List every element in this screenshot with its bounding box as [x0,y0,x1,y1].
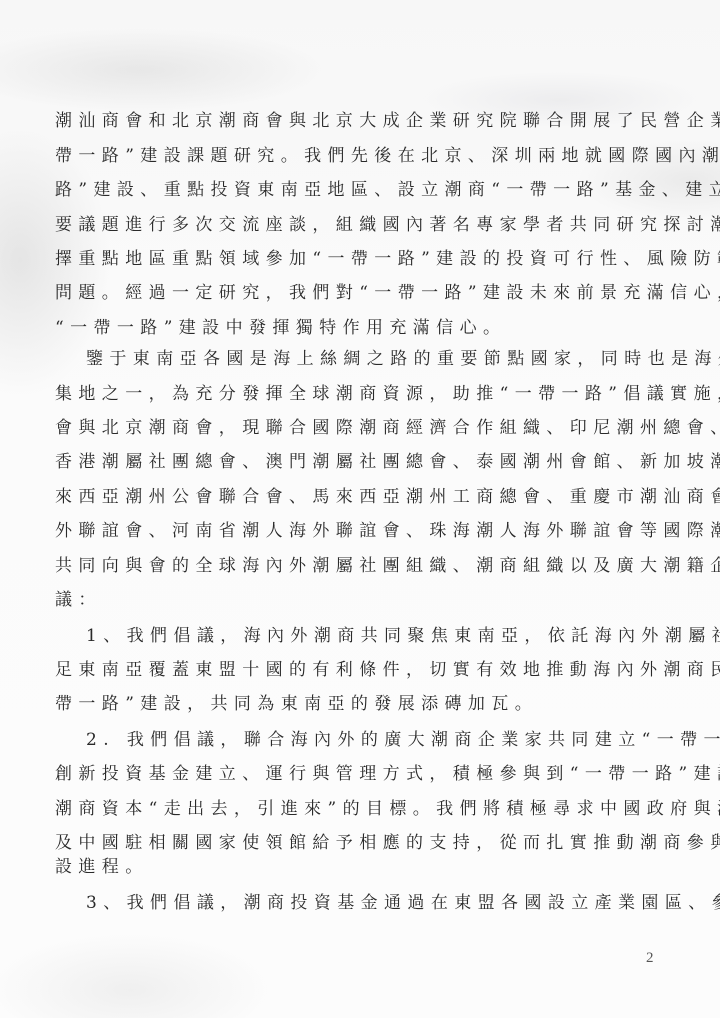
text-line: 要議題進行多次交流座談，組織國內著名專家學者共同研究探討潮商抱團聯合、選 [55,214,670,236]
text-line: 來西亞潮州公會聯合會、馬來西亞潮州工商總會、重慶市潮汕商會、湖北省潮人海 [55,486,670,508]
text-line: 及中國駐相關國家使領館給予相應的支持，從而扎實推動潮商參與“一帶一路”建 [55,832,670,854]
text-line: 設進程。 [55,856,670,878]
text-line: 2. 我們倡議，聯合海內外的廣大潮商企業家共同建立“一帶一路”投資基金， [86,729,670,751]
text-line: 議： [55,589,670,611]
document-page: 潮汕商會和北京潮商會與北京大成企業研究院聯合開展了民營企業有效參與“一 帶一路”… [0,0,720,1018]
text-line: “一帶一路”建設中發揮獨特作用充滿信心。 [55,317,670,339]
text-line: 路”建設、重點投資東南亞地區、設立潮商“一帶一路”基金、建立產業園區等重 [55,179,670,201]
text-line: 香港潮屬社團總會、澳門潮屬社團總會、泰國潮州會館、新加坡潮州八邑會館、馬 [55,451,670,473]
text-line: 3、我們倡議，潮商投資基金通過在東盟各國設立產業園區、參與重大專案建 [86,892,670,914]
text-line: 1、我們倡議，海內外潮商共同聚焦東南亞，依託海內外潮屬社團已形成的立 [86,625,670,647]
page-number: 2 [646,950,654,967]
text-line: 帶一路”建設，共同為東南亞的發展添磚加瓦。 [55,693,670,715]
text-line: 外聯誼會、河南省潮人海外聯誼會、珠海潮人海外聯誼會等國際潮團總會成員單位， [55,520,670,542]
text-line: 擇重點地區重點領域參加“一帶一路”建設的投資可行性、風險防範和政策建議等 [55,248,670,270]
text-line: 鑒于東南亞各國是海上絲綢之路的重要節點國家，同時也是海外潮人的主要聚 [86,348,670,370]
text-line: 集地之一，為充分發揮全球潮商資源，助推“一帶一路”倡議實施，深圳市潮汕商 [55,383,670,405]
text-line: 創新投資基金建立、運行與管理方式，積極參與到“一帶一路”建設當中去，實現 [55,763,670,785]
text-line: 帶一路”建設課題研究。我們先後在北京、深圳兩地就國際國內潮商參與“一帶一 [55,145,670,167]
text-line: 足東南亞覆蓋東盟十國的有利條件，切實有效地推動海內外潮商民營資本參與“一 [55,659,670,681]
text-line: 共同向與會的全球海內外潮屬社團組織、潮商組織以及廣大潮籍企業家發出如下倡 [55,555,670,577]
text-line: 會與北京潮商會，現聯合國際潮商經濟合作組織、印尼潮州總會、加拿大潮商會、 [55,417,670,439]
text-line: 潮商資本“走出去，引進來”的目標。我們將積極尋求中國政府與沿線國家政府以 [55,798,670,820]
text-line: 潮汕商會和北京潮商會與北京大成企業研究院聯合開展了民營企業有效參與“一 [55,110,670,132]
text-line: 問題。經過一定研究，我們對“一帶一路”建設未來前景充滿信心，對潮商能夠在 [55,282,670,304]
